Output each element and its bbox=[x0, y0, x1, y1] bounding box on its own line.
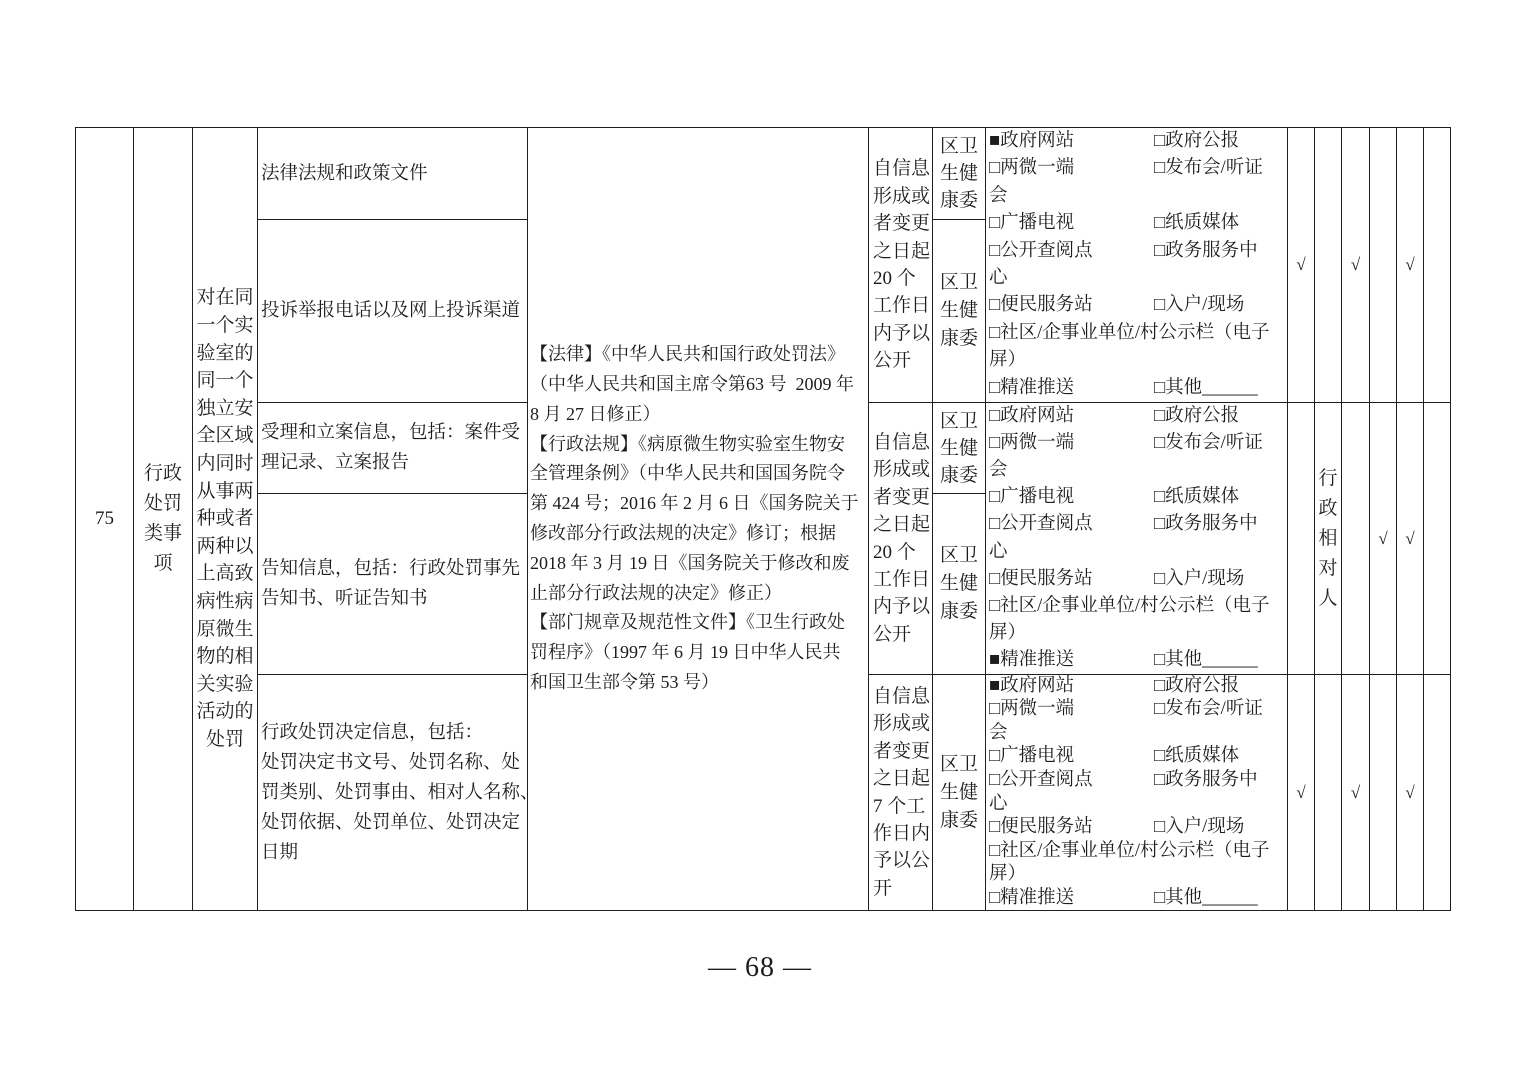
channel-line: □两微一端□发布会/听证 bbox=[989, 698, 1287, 722]
channel-option: □广播电视 bbox=[989, 210, 1154, 237]
channel-line: 屏） bbox=[989, 620, 1287, 647]
channel-option: □公开查阅点 bbox=[989, 769, 1154, 793]
channel-option: □广播电视 bbox=[989, 745, 1154, 769]
channel-option: □纸质媒体 bbox=[1154, 745, 1239, 769]
flag-cell-g2-c4: √ bbox=[1369, 402, 1397, 675]
channel-option: □政府公报 bbox=[1154, 675, 1239, 699]
channel-line: □社区/企事业单位/村公示栏（电子 bbox=[989, 593, 1287, 620]
channel-line: □社区/企事业单位/村公示栏（电子 bbox=[989, 840, 1287, 864]
disclosure-table: 75 行政 处罚 类事 项 对在同 一个实 验室的 同一个 独立安 全区域 内同… bbox=[75, 127, 1451, 911]
flag-cell-g2-c3 bbox=[1341, 402, 1370, 675]
channel-option: □其他______ bbox=[1154, 375, 1258, 402]
channel-option: □社区/企事业单位/村公示栏（电子 bbox=[989, 593, 1269, 620]
flag-cell-g3-c5: √ bbox=[1396, 674, 1424, 911]
channel-line: 屏） bbox=[989, 347, 1287, 374]
channel-option: 心 bbox=[989, 265, 1008, 292]
channel-option: 屏） bbox=[989, 620, 1026, 647]
time-limit-cell-3: 自信息 形成或 者变更 之日起 7 个工 作日内 予以公 开 bbox=[868, 674, 933, 911]
channel-option-checked: ■政府网站 bbox=[989, 128, 1154, 155]
channel-option: □政府公报 bbox=[1154, 403, 1239, 430]
channel-option: □两微一端 bbox=[989, 698, 1154, 722]
channel-option: 会 bbox=[989, 183, 1008, 210]
channel-option: □纸质媒体 bbox=[1154, 484, 1239, 511]
channel-option: □其他______ bbox=[1154, 647, 1258, 674]
channel-option: □政务服务中 bbox=[1154, 511, 1258, 538]
channel-option: □其他______ bbox=[1154, 887, 1258, 911]
flag-cell-g1-c3: √ bbox=[1341, 127, 1370, 403]
flag-cell-g1-c5: √ bbox=[1396, 127, 1424, 403]
disclosure-item-cell-5: 行政处罚决定信息，包括： 处罚决定书文号、处罚名称、处 罚类别、处罚事由、相对人… bbox=[257, 674, 528, 911]
channel-line: □政府网站□政府公报 bbox=[989, 403, 1287, 430]
channel-option: □政务服务中 bbox=[1154, 769, 1258, 793]
channel-option: 会 bbox=[989, 722, 1008, 746]
flag-cell-g3-c6 bbox=[1423, 674, 1451, 911]
document-page: 75 行政 处罚 类事 项 对在同 一个实 验室的 同一个 独立安 全区域 内同… bbox=[0, 0, 1520, 1074]
channel-line: □广播电视□纸质媒体 bbox=[989, 745, 1287, 769]
channel-option: □精准推送 bbox=[989, 887, 1154, 911]
channel-line: □精准推送□其他______ bbox=[989, 887, 1287, 911]
channel-line: □便民服务站□入户/现场 bbox=[989, 292, 1287, 319]
channel-line: 会 bbox=[989, 457, 1287, 484]
channel-option: □便民服务站 bbox=[989, 816, 1154, 840]
flag-cell-g3-c4 bbox=[1369, 674, 1397, 911]
disclosure-item-cell-2: 投诉举报电话以及网上投诉渠道 bbox=[257, 219, 528, 403]
channel-line: 会 bbox=[989, 722, 1287, 746]
time-limit-cell-2: 自信息 形成或 者变更 之日起 20 个 工作日 内予以 公开 bbox=[868, 402, 933, 675]
disclosure-item-cell-1: 法律法规和政策文件 bbox=[257, 127, 528, 220]
channel-line: 心 bbox=[989, 793, 1287, 817]
responsible-org-cell-1b: 区卫 生健 康委 bbox=[932, 219, 986, 403]
channel-option: □纸质媒体 bbox=[1154, 210, 1239, 237]
flag-cell-g3-c1: √ bbox=[1287, 674, 1315, 911]
flag-cell-g1-c2 bbox=[1314, 127, 1342, 403]
channel-option: □精准推送 bbox=[989, 375, 1154, 402]
item-name-cell: 对在同 一个实 验室的 同一个 独立安 全区域 内同时 从事两 种或者 两种以 … bbox=[192, 127, 258, 911]
responsible-org-cell-1a: 区卫 生健 康委 bbox=[932, 127, 986, 220]
channel-option: 心 bbox=[989, 539, 1008, 566]
channel-line: 心 bbox=[989, 539, 1287, 566]
category-cell: 行政 处罚 类事 项 bbox=[133, 127, 193, 911]
channel-line: ■政府网站□政府公报 bbox=[989, 675, 1287, 699]
channel-option: 心 bbox=[989, 793, 1008, 817]
channel-line: □公开查阅点□政务服务中 bbox=[989, 769, 1287, 793]
channel-option: □便民服务站 bbox=[989, 566, 1154, 593]
page-number: — 68 — bbox=[0, 952, 1520, 984]
channel-option: □社区/企事业单位/村公示栏（电子 bbox=[989, 840, 1269, 864]
channel-option: □政务服务中 bbox=[1154, 238, 1258, 265]
channel-line: ■政府网站□政府公报 bbox=[989, 128, 1287, 155]
channel-option-checked: ■政府网站 bbox=[989, 675, 1154, 699]
channel-option: □入户/现场 bbox=[1154, 292, 1244, 319]
seq-cell: 75 bbox=[75, 127, 134, 911]
channel-option: □发布会/听证 bbox=[1154, 430, 1263, 457]
channel-option: 会 bbox=[989, 457, 1008, 484]
channel-option: □两微一端 bbox=[989, 430, 1154, 457]
channel-line: 会 bbox=[989, 183, 1287, 210]
legal-basis-cell: 【法律】《中华人民共和国行政处罚法》 （中华人民共和国主席令第63 号 2009… bbox=[527, 127, 869, 911]
responsible-org-cell-2a: 区卫 生健 康委 bbox=[932, 402, 986, 494]
channel-line: □便民服务站□入户/现场 bbox=[989, 566, 1287, 593]
time-limit-cell-1: 自信息 形成或 者变更 之日起 20 个 工作日 内予以 公开 bbox=[868, 127, 933, 403]
channel-option: □政府网站 bbox=[989, 403, 1154, 430]
channel-option: □广播电视 bbox=[989, 484, 1154, 511]
channel-line: □精准推送□其他______ bbox=[989, 375, 1287, 402]
disclosure-item-cell-3: 受理和立案信息，包括：案件受 理记录、立案报告 bbox=[257, 402, 528, 494]
channel-option: 屏） bbox=[989, 347, 1026, 374]
channels-cell-2: □政府网站□政府公报□两微一端□发布会/听证会□广播电视□纸质媒体□公开查阅点□… bbox=[985, 402, 1288, 675]
channel-line: □公开查阅点□政务服务中 bbox=[989, 511, 1287, 538]
channel-option: □公开查阅点 bbox=[989, 511, 1154, 538]
flag-cell-g2-c5: √ bbox=[1396, 402, 1424, 675]
channel-option: 屏） bbox=[989, 863, 1026, 887]
channel-line: □公开查阅点□政务服务中 bbox=[989, 238, 1287, 265]
channel-option: □便民服务站 bbox=[989, 292, 1154, 319]
channel-line: ■精准推送□其他______ bbox=[989, 647, 1287, 674]
channel-option-checked: ■精准推送 bbox=[989, 647, 1154, 674]
channel-option: □政府公报 bbox=[1154, 128, 1239, 155]
flag-cell-g1-c4 bbox=[1369, 127, 1397, 403]
channel-line: □广播电视□纸质媒体 bbox=[989, 484, 1287, 511]
channel-option: □公开查阅点 bbox=[989, 238, 1154, 265]
channel-option: □入户/现场 bbox=[1154, 816, 1244, 840]
flag-cell-g1-c1: √ bbox=[1287, 127, 1315, 403]
channel-line: 屏） bbox=[989, 863, 1287, 887]
channel-option: □发布会/听证 bbox=[1154, 155, 1263, 182]
channel-option: □发布会/听证 bbox=[1154, 698, 1263, 722]
channel-line: □便民服务站□入户/现场 bbox=[989, 816, 1287, 840]
responsible-org-cell-3: 区卫 生健 康委 bbox=[932, 674, 986, 911]
channel-option: □入户/现场 bbox=[1154, 566, 1244, 593]
flag-cell-g1-c6 bbox=[1423, 127, 1451, 403]
channel-option: □两微一端 bbox=[989, 155, 1154, 182]
disclosure-item-cell-4: 告知信息，包括：行政处罚事先 告知书、听证告知书 bbox=[257, 493, 528, 675]
channel-line: 心 bbox=[989, 265, 1287, 292]
flag-cell-g3-c2 bbox=[1314, 674, 1342, 911]
responsible-org-cell-2b: 区卫 生健 康委 bbox=[932, 493, 986, 675]
flag-cell-g2-c6 bbox=[1423, 402, 1451, 675]
channel-line: □社区/企事业单位/村公示栏（电子 bbox=[989, 320, 1287, 347]
channel-option: □社区/企事业单位/村公示栏（电子 bbox=[989, 320, 1269, 347]
flag-cell-g2-c1 bbox=[1287, 402, 1315, 675]
channels-cell-1: ■政府网站□政府公报□两微一端□发布会/听证会□广播电视□纸质媒体□公开查阅点□… bbox=[985, 127, 1288, 403]
flag-cell-g3-c3: √ bbox=[1341, 674, 1370, 911]
channels-cell-3: ■政府网站□政府公报□两微一端□发布会/听证会□广播电视□纸质媒体□公开查阅点□… bbox=[985, 674, 1288, 911]
channel-line: □两微一端□发布会/听证 bbox=[989, 430, 1287, 457]
channel-line: □广播电视□纸质媒体 bbox=[989, 210, 1287, 237]
flag-cell-g2-c2-administrative-counterpart: 行 政 相 对 人 bbox=[1314, 402, 1342, 675]
channel-line: □两微一端□发布会/听证 bbox=[989, 155, 1287, 182]
